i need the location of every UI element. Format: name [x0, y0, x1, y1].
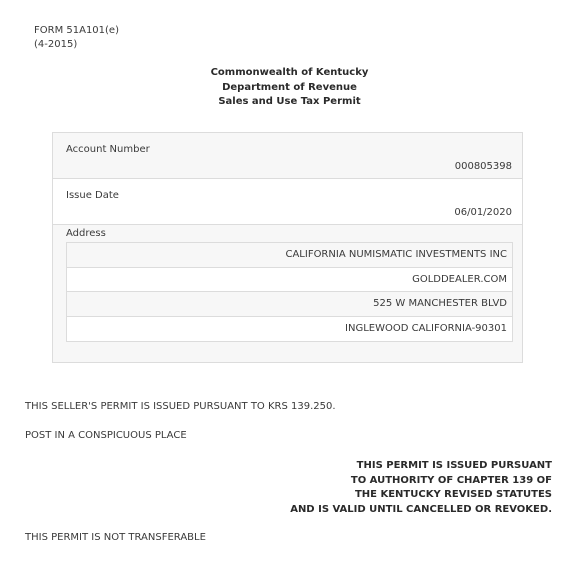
heading-permit-title: Sales and Use Tax Permit: [0, 95, 576, 110]
address-line-city-state-zip: INGLEWOOD CALIFORNIA-90301: [67, 317, 512, 342]
authority-statement: THIS PERMIT IS ISSUED PURSUANT TO AUTHOR…: [290, 459, 552, 517]
form-revision: (4-2015): [34, 38, 119, 52]
authority-line-3: THE KENTUCKY REVISED STATUTES: [290, 488, 552, 503]
post-notice: POST IN A CONSPICUOUS PLACE: [25, 430, 187, 441]
issue-date-value: 06/01/2020: [454, 207, 512, 218]
address-section: Address CALIFORNIA NUMISMATIC INVESTMENT…: [53, 225, 522, 362]
form-number: FORM 51A101(e): [34, 24, 119, 38]
form-identifier: FORM 51A101(e) (4-2015): [34, 24, 119, 52]
issue-date-row: Issue Date 06/01/2020: [53, 179, 522, 225]
address-line-dba: GOLDDEALER.COM: [67, 268, 512, 293]
not-transferable-notice: THIS PERMIT IS NOT TRANSFERABLE: [25, 532, 206, 543]
heading-department: Department of Revenue: [0, 81, 576, 96]
address-line-street: 525 W MANCHESTER BLVD: [67, 292, 512, 317]
document-heading: Commonwealth of Kentucky Department of R…: [0, 66, 576, 110]
account-number-label: Account Number: [66, 144, 150, 155]
issue-date-label: Issue Date: [66, 190, 119, 201]
authority-line-1: THIS PERMIT IS ISSUED PURSUANT: [290, 459, 552, 474]
authority-line-2: TO AUTHORITY OF CHAPTER 139 OF: [290, 474, 552, 489]
krs-statement: THIS SELLER'S PERMIT IS ISSUED PURSUANT …: [25, 401, 336, 412]
heading-commonwealth: Commonwealth of Kentucky: [0, 66, 576, 81]
address-label: Address: [66, 228, 106, 239]
authority-line-4: AND IS VALID UNTIL CANCELLED OR REVOKED.: [290, 503, 552, 518]
account-number-row: Account Number 000805398: [53, 133, 522, 179]
address-line-business-name: CALIFORNIA NUMISMATIC INVESTMENTS INC: [67, 243, 512, 268]
address-table: CALIFORNIA NUMISMATIC INVESTMENTS INC GO…: [66, 242, 513, 342]
permit-details-box: Account Number 000805398 Issue Date 06/0…: [52, 132, 523, 363]
account-number-value: 000805398: [455, 161, 512, 172]
